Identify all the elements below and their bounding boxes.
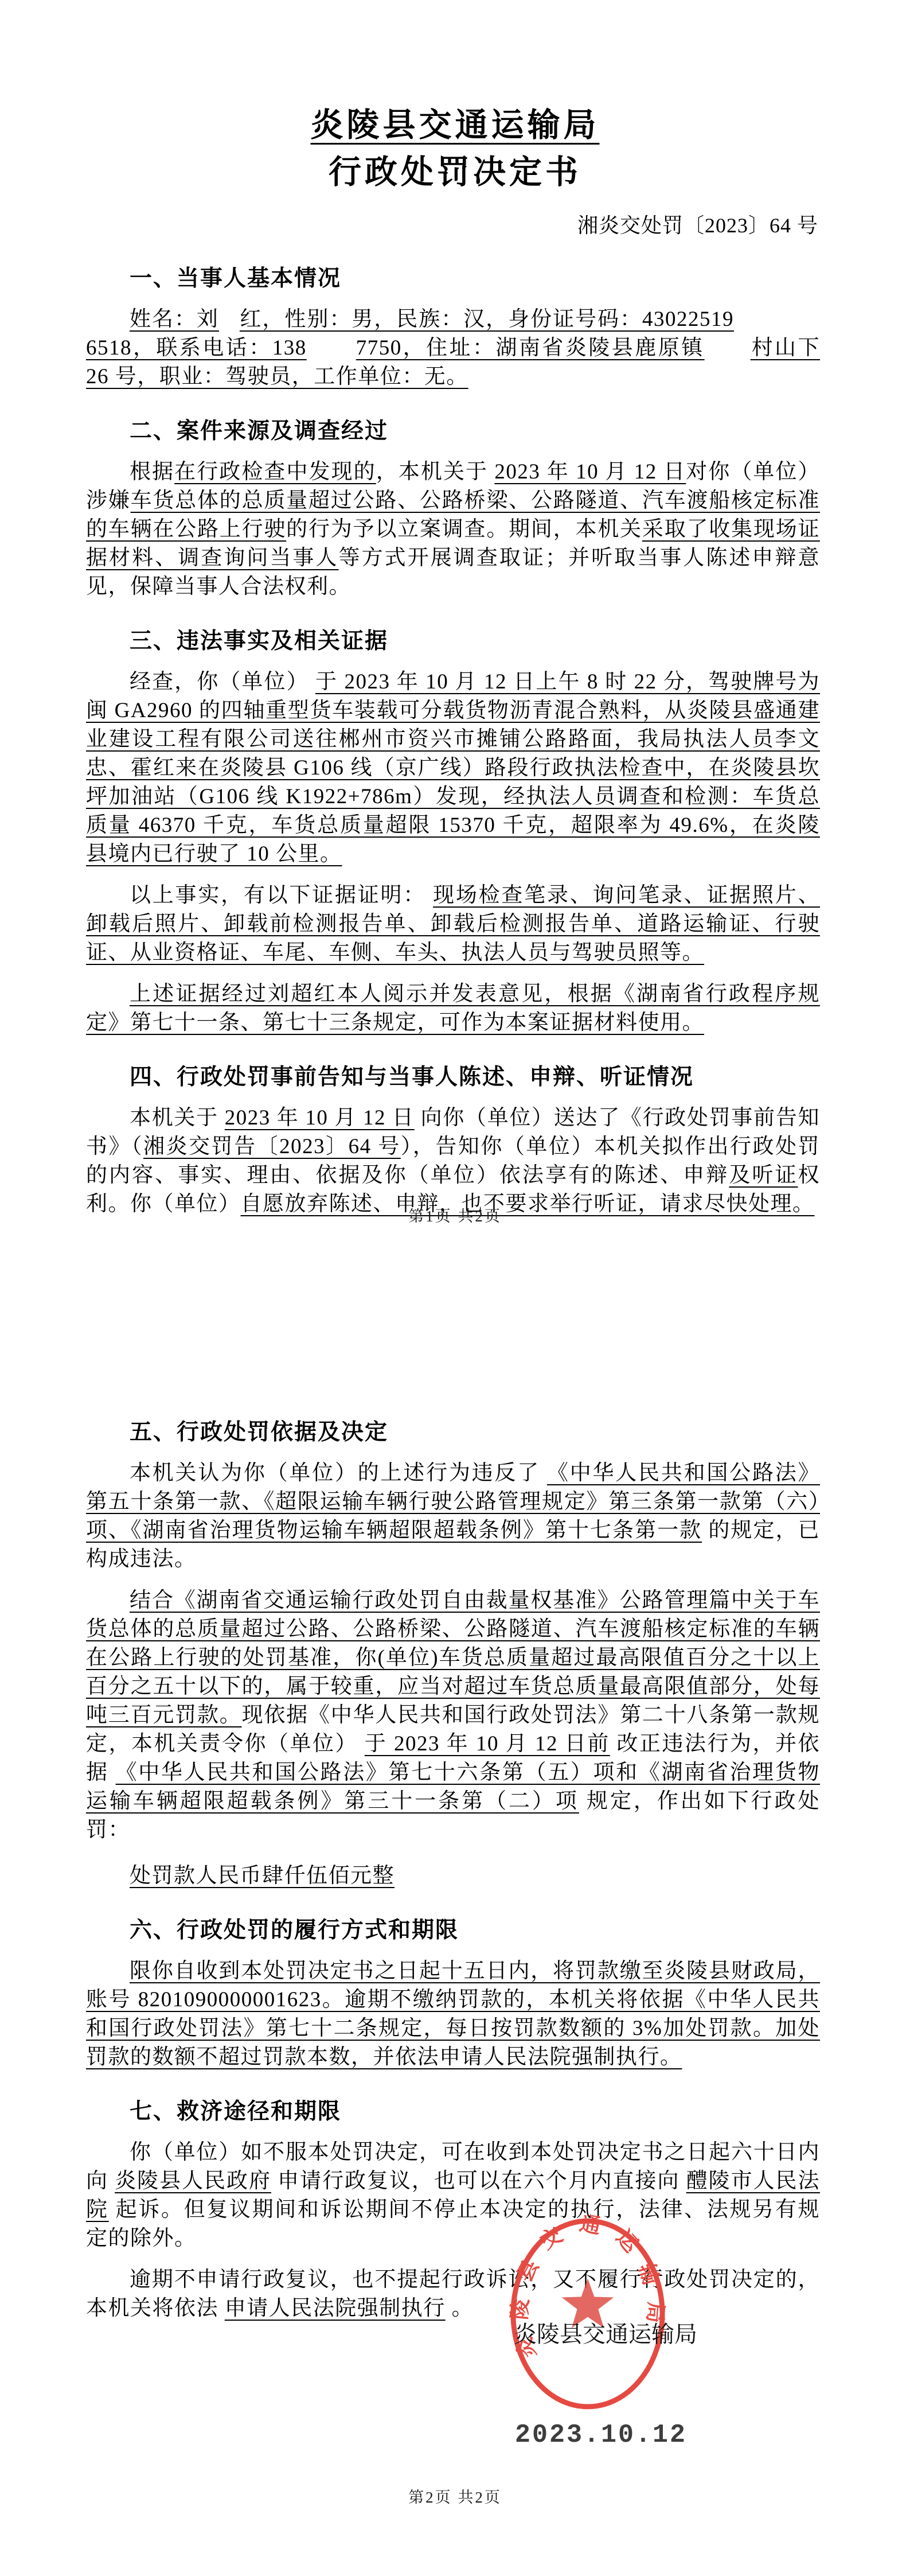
text-segment: 申请行政复议，也可以在六个月内直接向 <box>271 2169 686 2193</box>
section-5-heading: 五、行政处罚依据及决定 <box>86 1419 820 1446</box>
redaction <box>219 310 240 326</box>
text-segment: 申请人民法院强制执行 <box>225 2297 446 2320</box>
text-segment: 2023 年 10 月 12 日 <box>494 460 686 484</box>
text-segment: 处罚款人民币肆仟伍佰元整 <box>130 1864 395 1888</box>
text-segment: 在行政检查中发现的 <box>174 460 376 484</box>
official-seal-stamp: 炎陵县交通运输局 <box>508 2215 667 2412</box>
seal-graphic: 炎陵县交通运输局 <box>508 2215 667 2412</box>
violation-facts-paragraph: 经查，你（单位） 于 2023 年 10 月 12 日上午 8 时 22 分，驾… <box>86 668 820 869</box>
text-segment: 7750，住址：湖南省炎陵县鹿原镇 <box>356 336 705 360</box>
text-segment: 2023 年 10 月 12 日 <box>225 1106 415 1130</box>
appeal-rights-paragraph: 你（单位）如不服本处罚决定，可在收到本处罚决定书之日起六十日内向 炎陵县人民政府… <box>86 2138 820 2253</box>
page-1: 炎陵县交通运输局 行政处罚决定书 湘炎交处罚〔2023〕64 号 一、当事人基本… <box>0 0 910 1288</box>
section-2-heading: 二、案件来源及调查经过 <box>86 418 820 445</box>
text-segment: 于 2023 年 10 月 12 日上午 8 时 22 分，驾驶牌号为闽 GA2… <box>86 670 820 866</box>
text-segment: 及听证 <box>729 1164 798 1187</box>
redaction <box>734 310 820 326</box>
text-segment: 于 2023 年 10 月 12 日前 <box>365 1732 610 1756</box>
penalty-decision-document: 炎陵县交通运输局 行政处罚决定书 湘炎交处罚〔2023〕64 号 一、当事人基本… <box>0 0 910 2576</box>
text-segment: 姓名：刘 <box>130 308 219 331</box>
text-segment: 限你自收到本处罚决定书之日起十五日内，将罚款缴至炎陵县财政局，账号 820109… <box>86 1959 820 2069</box>
prior-notice-paragraph: 本机关于 2023 年 10 月 12 日 向你（单位）送达了《行政处罚事前告知… <box>86 1104 820 1219</box>
section-1-heading: 一、当事人基本情况 <box>86 265 820 293</box>
penalty-amount-line: 处罚款人民币肆仟伍佰元整 <box>86 1862 820 1890</box>
enforcement-warning-paragraph: 逾期不申请行政复议，也不提起行政诉讼，又不履行行政处罚决定的，本机关将依法 申请… <box>86 2266 820 2323</box>
page-1-footer: 第1页 共2页 <box>0 1204 910 1226</box>
section-6-heading: 六、行政处罚的履行方式和期限 <box>86 1917 820 1944</box>
text-segment: 本机关认为你（单位）的上述行为违反了 <box>130 1461 547 1485</box>
text-segment: 根据 <box>130 460 174 484</box>
redaction <box>705 338 751 355</box>
decision-date: 2023.10.12 <box>515 2421 687 2450</box>
evidence-review-paragraph: 上述证据经过刘超红本人阅示并发表意见，根据《湖南省行政程序规定》第七十一条、第七… <box>86 980 820 1037</box>
section-7-heading: 七、救济途径和期限 <box>86 2098 820 2126</box>
document-number: 湘炎交处罚〔2023〕64 号 <box>86 212 818 239</box>
redaction <box>307 338 356 355</box>
text-segment: 6518，联系电话：138 <box>86 336 307 360</box>
text-segment: ，本机关于 <box>376 460 495 484</box>
section-3-heading: 三、违法事实及相关证据 <box>86 628 820 655</box>
text-segment: 上述证据经过刘超红本人阅示并发表意见，根据《湖南省行政程序规定》第七十一条、第七… <box>86 982 820 1034</box>
page-2: 五、行政处罚依据及决定 本机关认为你（单位）的上述行为违反了 《中华人民共和国公… <box>0 1288 910 2576</box>
text-segment: 湘炎交罚告〔2023〕64 号 <box>143 1135 401 1158</box>
text-segment: 经查，你（单位） <box>130 670 315 694</box>
legal-basis-paragraph: 本机关认为你（单位）的上述行为违反了 《中华人民共和国公路法》第五十条第一款、《… <box>86 1459 820 1574</box>
text-segment: 炎陵县人民政府 <box>115 2169 271 2193</box>
document-title: 行政处罚决定书 <box>86 154 824 192</box>
text-segment: 起诉。但复议期间和诉讼期间不停止本决定的执行，法律、法规另有规定的除外。 <box>86 2198 820 2250</box>
page-2-footer: 第2页 共2页 <box>0 2485 910 2507</box>
issuing-authority: 炎陵县交通运输局 <box>514 2316 697 2349</box>
penalty-decision-paragraph: 结合《湖南省交通运输行政处罚自由裁量权基准》公路管理篇中关于车货总体的总质量超过… <box>86 1586 820 1845</box>
agency-title: 炎陵县交通运输局 <box>86 107 824 145</box>
evidence-list-paragraph: 以上事实，有以下证据证明： 现场检查笔录、询问笔录、证据照片、卸载后照片、卸载前… <box>86 881 820 967</box>
case-source-paragraph: 根据在行政检查中发现的，本机关于 2023 年 10 月 12 日对你（单位）涉… <box>86 458 820 601</box>
text-segment: 以上事实，有以下证据证明： <box>130 884 433 907</box>
text-segment: 。 <box>446 2297 474 2320</box>
text-segment: 的行为予以立案调查。期间，本机关 <box>286 517 642 541</box>
party-info-paragraph: 姓名：刘红，性别：男，民族：汉，身份证号码：430225196518，联系电话：… <box>86 305 820 391</box>
payment-terms-paragraph: 限你自收到本处罚决定书之日起十五日内，将罚款缴至炎陵县财政局，账号 820109… <box>86 1957 820 2072</box>
text-segment: 红，性别：男，民族：汉，身份证号码：43022519 <box>240 308 734 331</box>
section-4-heading: 四、行政处罚事前告知与当事人陈述、申辩、听证情况 <box>86 1064 820 1091</box>
text-segment: 本机关于 <box>130 1106 225 1130</box>
